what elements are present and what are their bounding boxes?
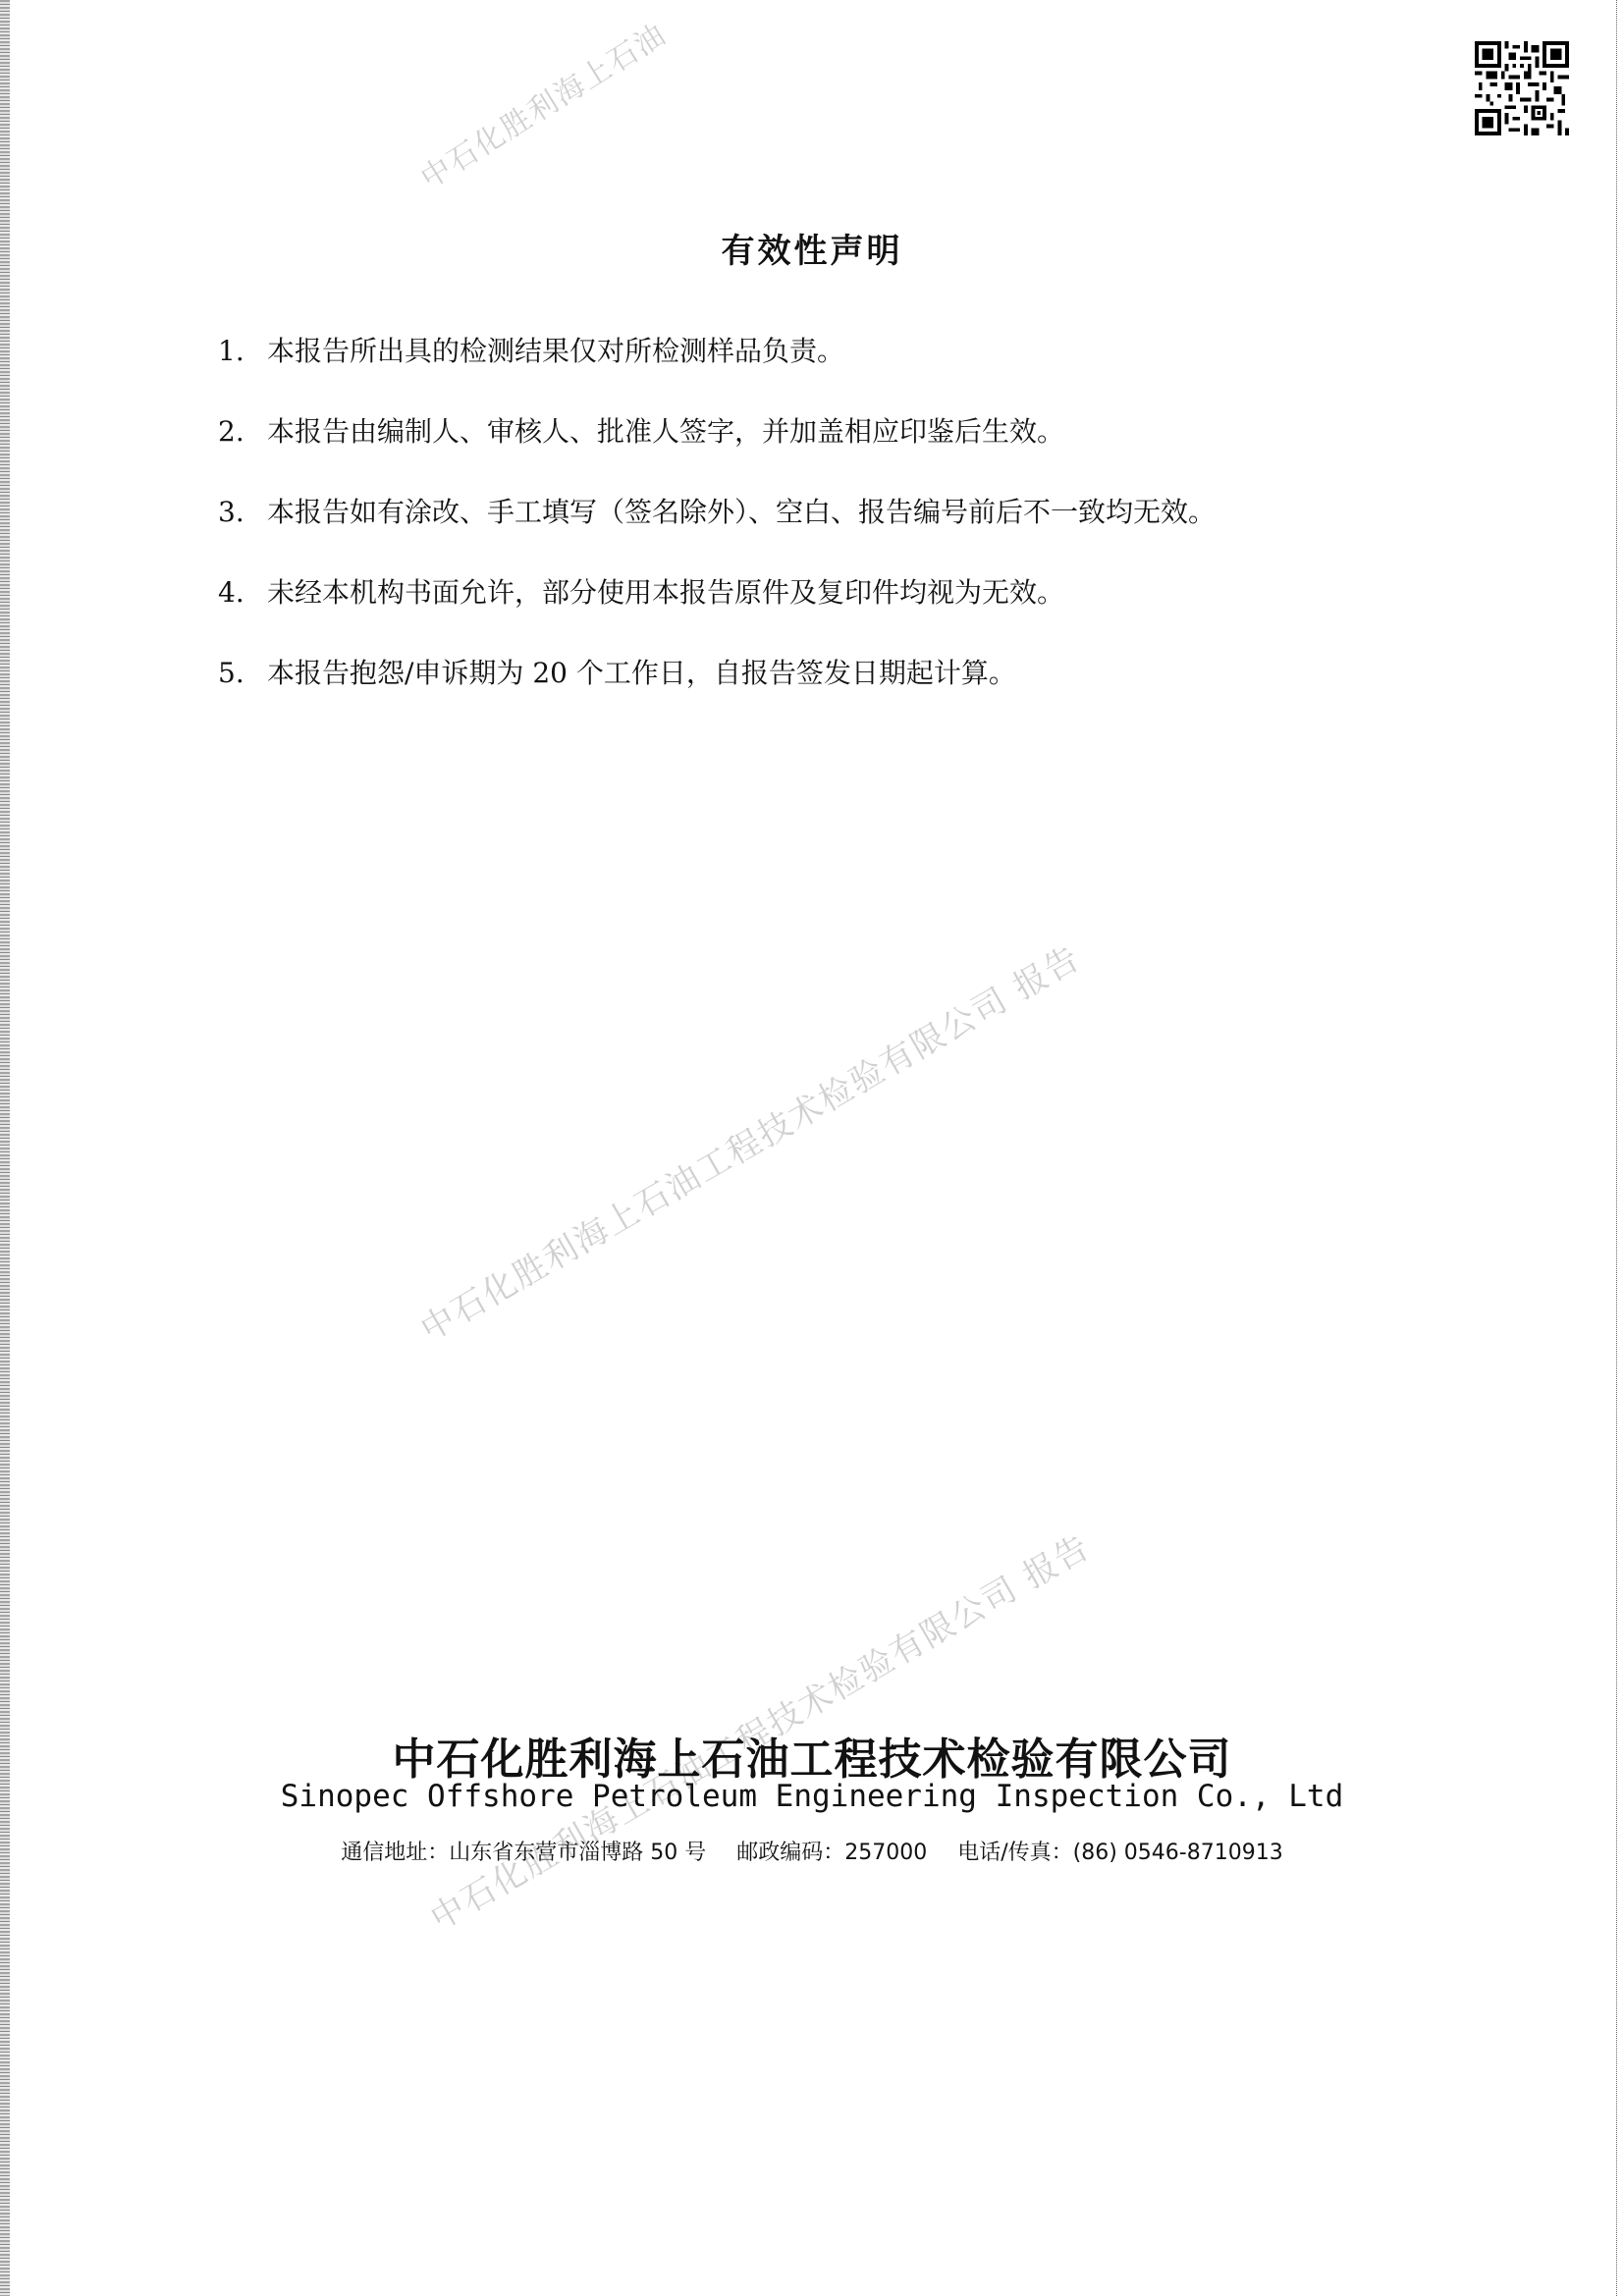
statement-list: 1.本报告所出具的检测结果仅对所检测样品负责。 2.本报告由编制人、审核人、批准… [218, 332, 1216, 734]
page-title: 有效性声明 [0, 224, 1624, 272]
item-text: 本报告所出具的检测结果仅对所检测样品负责。 [267, 335, 844, 367]
postcode: 邮政编码：257000 [736, 1841, 927, 1865]
company-name-cn: 中石化胜利海上石油工程技术检验有限公司 [0, 1724, 1624, 1787]
item-number: 3. [218, 493, 267, 532]
list-item: 3.本报告如有涂改、手工填写（签名除外）、空白、报告编号前后不一致均无效。 [218, 493, 1216, 573]
list-item: 5.本报告抱怨/申诉期为 20 个工作日，自报告签发日期起计算。 [218, 654, 1216, 734]
qr-code-icon [1475, 41, 1569, 135]
item-number: 5. [218, 654, 267, 693]
item-text: 本报告由编制人、审核人、批准人签字，并加盖相应印鉴后生效。 [267, 415, 1064, 448]
list-item: 2.本报告由编制人、审核人、批准人签字，并加盖相应印鉴后生效。 [218, 412, 1216, 493]
watermark: 中石化胜利海上石油 [410, 11, 674, 197]
item-number: 2. [218, 412, 267, 452]
scan-border-right [1616, 0, 1617, 2296]
list-item: 4.未经本机构书面允许，部分使用本报告原件及复印件均视为无效。 [218, 573, 1216, 654]
item-text: 本报告如有涂改、手工填写（签名除外）、空白、报告编号前后不一致均无效。 [267, 496, 1216, 528]
phone-fax: 电话/传真：(86) 0546-8710913 [957, 1841, 1282, 1865]
item-number: 4. [218, 573, 267, 613]
item-number: 1. [218, 332, 267, 371]
company-name-en: Sinopec Offshore Petroleum Engineering I… [0, 1779, 1624, 1814]
item-text: 未经本机构书面允许，部分使用本报告原件及复印件均视为无效。 [267, 576, 1064, 609]
address: 通信地址：山东省东营市淄博路 50 号 [341, 1841, 706, 1865]
item-text: 本报告抱怨/申诉期为 20 个工作日，自报告签发日期起计算。 [267, 657, 1016, 689]
watermark: 中石化胜利海上石油工程技术检验有限公司 报告 [410, 932, 1088, 1351]
scan-border-left [0, 0, 10, 2296]
list-item: 1.本报告所出具的检测结果仅对所检测样品负责。 [218, 332, 1216, 412]
contact-info: 通信地址：山东省东营市淄博路 50 号 邮政编码：257000 电话/传真：(8… [0, 1836, 1624, 1866]
